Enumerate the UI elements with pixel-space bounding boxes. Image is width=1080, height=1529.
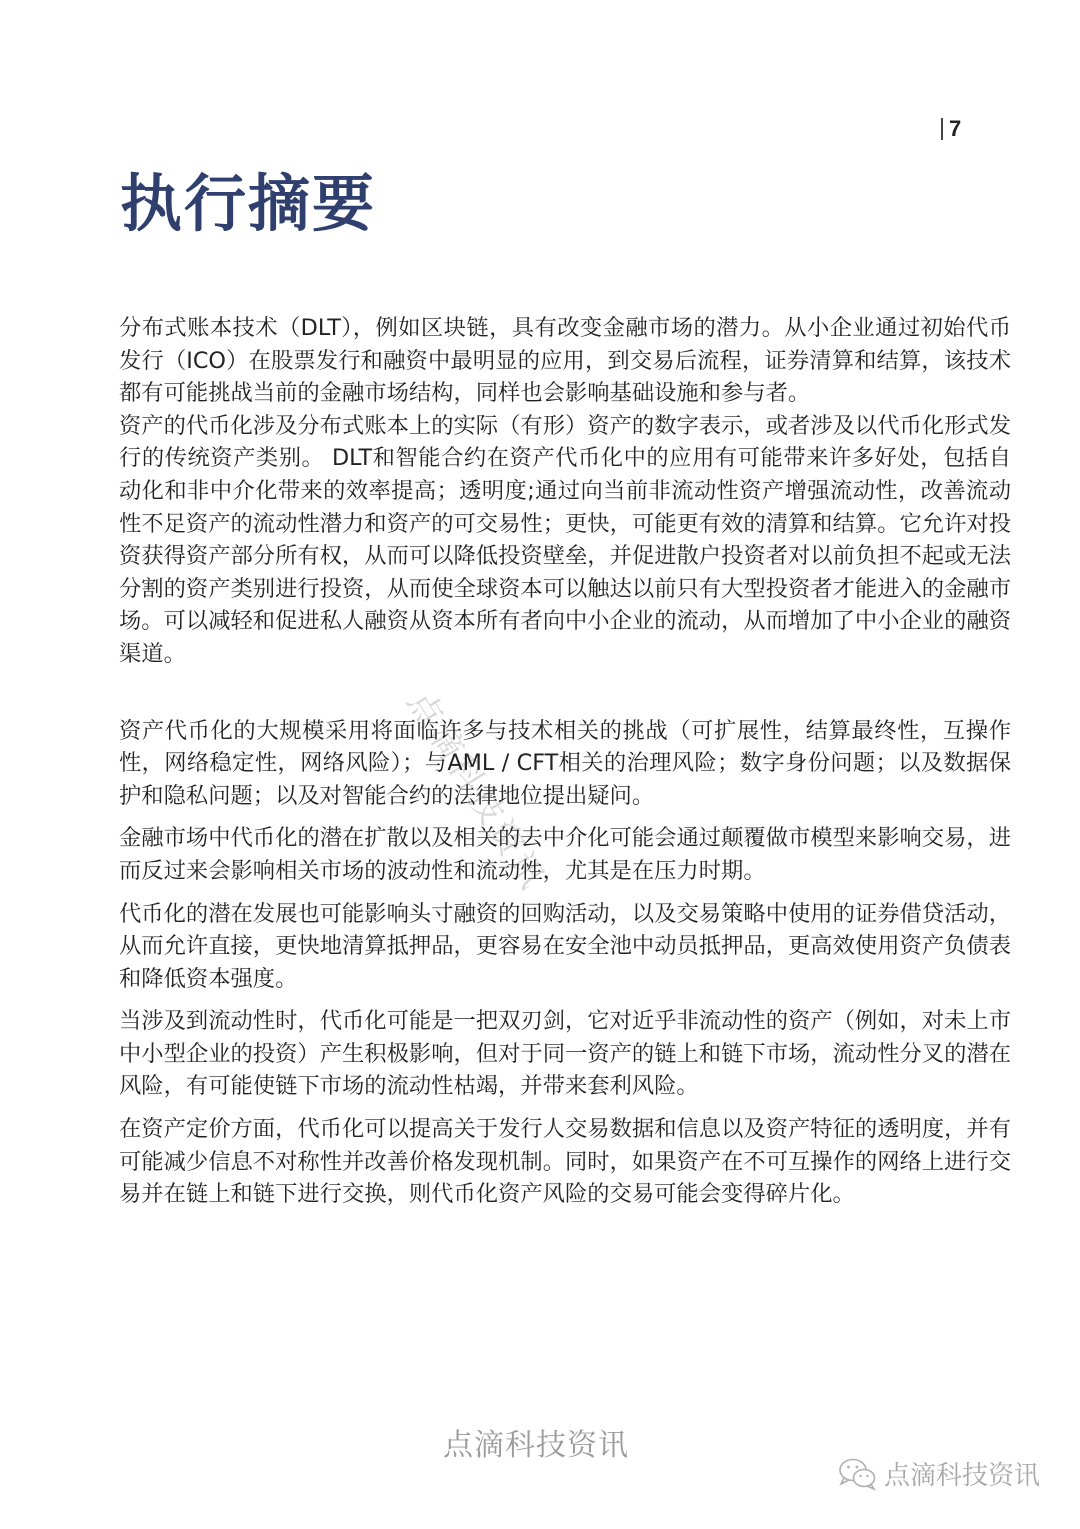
- wechat-icon: [838, 1457, 878, 1491]
- paragraph-repo-lending: 代币化的潜在发展也可能影响头寸融资的回购活动，以及交易策略中使用的证券借贷活动，…: [119, 898, 1011, 996]
- page-number-value: 7: [949, 116, 961, 142]
- page-title: 执行摘要: [120, 170, 376, 238]
- paragraph-tokenization-benefits: 资产的代币化涉及分布式账本上的实际（有形）资产的数字表示，或者涉及以代币化形式发…: [119, 410, 1011, 671]
- wechat-account-badge: 点滴科技资讯: [838, 1455, 1040, 1492]
- wechat-account-name: 点滴科技资讯: [884, 1455, 1040, 1492]
- page-number-divider: [941, 118, 943, 140]
- page-number: 7: [941, 116, 961, 142]
- paragraph-pricing: 在资产定价方面，代币化可以提高关于发行人交易数据和信息以及资产特征的透明度，并有…: [119, 1113, 1011, 1211]
- paragraph-market-impact: 金融市场中代币化的潜在扩散以及相关的去中介化可能会通过颠覆做市模型来影响交易，进…: [119, 822, 1011, 887]
- footer-brand-watermark: 点滴科技资讯: [443, 1420, 629, 1464]
- paragraph-challenges: 资产代币化的大规模采用将面临许多与技术相关的挑战（可扩展性，结算最终性，互操作性…: [119, 715, 1011, 813]
- paragraph-intro: 分布式账本技术（DLT），例如区块链，具有改变金融市场的潜力。从小企业通过初始代…: [119, 312, 1011, 410]
- paragraph-liquidity: 当涉及到流动性时，代币化可能是一把双刃剑，它对近乎非流动性的资产（例如，对未上市…: [119, 1005, 1011, 1103]
- document-body: 分布式账本技术（DLT），例如区块链，具有改变金融市场的潜力。从小企业通过初始代…: [119, 312, 1011, 1211]
